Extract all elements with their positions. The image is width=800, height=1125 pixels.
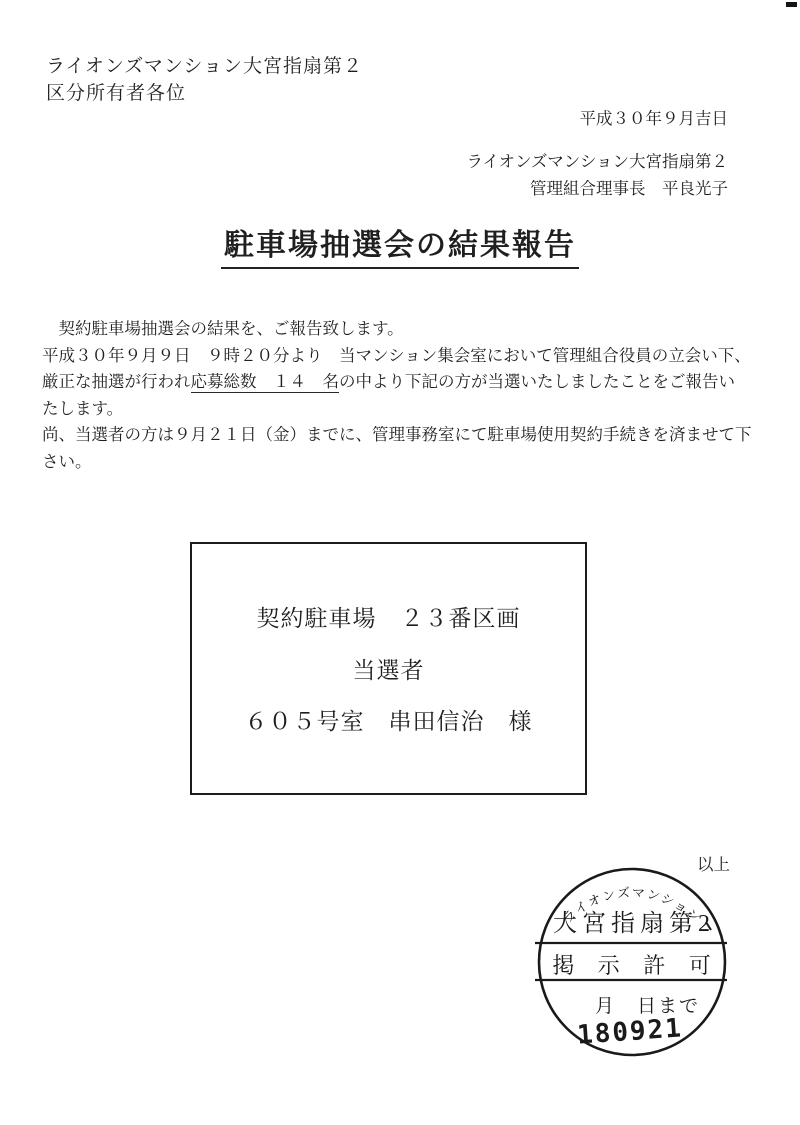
sender-block: ライオンズマンション大宮指扇第２ 管理組合理事長 平良光子 [0, 149, 728, 202]
body-line-5: 尚、当選者の方は９月２１日（金）までに、管理事務室にて駐車場使用契約手続きを済ま… [42, 422, 782, 449]
body-line-1: 契約駐車場抽選会の結果を、ご報告致します。 [42, 316, 782, 343]
posting-permission-stamp: ライオンズマンション 大宮指扇第2 掲 示 許 可 月 日まで 180921 [520, 850, 736, 1062]
sender-chairperson: 管理組合理事長 平良光子 [0, 176, 728, 203]
sender-building-name: ライオンズマンション大宮指扇第２ [0, 149, 728, 176]
winner-result-box: 契約駐車場 ２３番区画 当選者 ６０５号室 串田信治 様 [190, 542, 587, 795]
addressee-recipients: 区分所有者各位 [46, 80, 363, 107]
body-line-6: さい。 [42, 449, 782, 476]
body-line-4: たします。 [42, 396, 782, 423]
title-wrap: 駐車場抽選会の結果報告 [0, 220, 800, 269]
body-line-3: 厳正な抽選が行われ応募総数 １４ 名の中より下記の方が当選いたしましたことをご報… [42, 369, 782, 396]
stamp-until-text: 月 日まで [595, 996, 700, 1017]
addressee-building-name: ライオンズマンション大宮指扇第２ [46, 53, 363, 80]
parking-lot-number: 契約駐車場 ２３番区画 [192, 600, 585, 633]
issue-date: 平成３０年９月吉日 [0, 105, 728, 129]
stamp-permission-text: 掲 示 許 可 [552, 953, 720, 978]
stamp-building-name: 大宮指扇第2 [553, 910, 715, 937]
winner-label: 当選者 [192, 652, 585, 685]
document-title: 駐車場抽選会の結果報告 [221, 220, 579, 269]
scan-artifact [786, 2, 797, 7]
document-page: ライオンズマンション大宮指扇第２ 区分所有者各位 平成３０年９月吉日 ライオンズ… [0, 0, 800, 1125]
addressee-block: ライオンズマンション大宮指扇第２ 区分所有者各位 [46, 53, 363, 107]
body-line-2: 平成３０年９月９日 ９時２０分より 当マンション集会室において管理組合役員の立会… [42, 343, 782, 370]
body-text: 契約駐車場抽選会の結果を、ご報告致します。 平成３０年９月９日 ９時２０分より … [42, 316, 782, 476]
body-line-3-post: の中より下記の方が当選いたしましたことをご報告い [339, 372, 735, 391]
winner-name: ６０５号室 串田信治 様 [192, 703, 585, 736]
body-line-3-pre: 厳正な抽選が行われ [42, 372, 191, 391]
stamp-date-number: 180921 [576, 1013, 684, 1050]
applicant-count-underlined: 応募総数 １４ 名 [191, 372, 340, 393]
